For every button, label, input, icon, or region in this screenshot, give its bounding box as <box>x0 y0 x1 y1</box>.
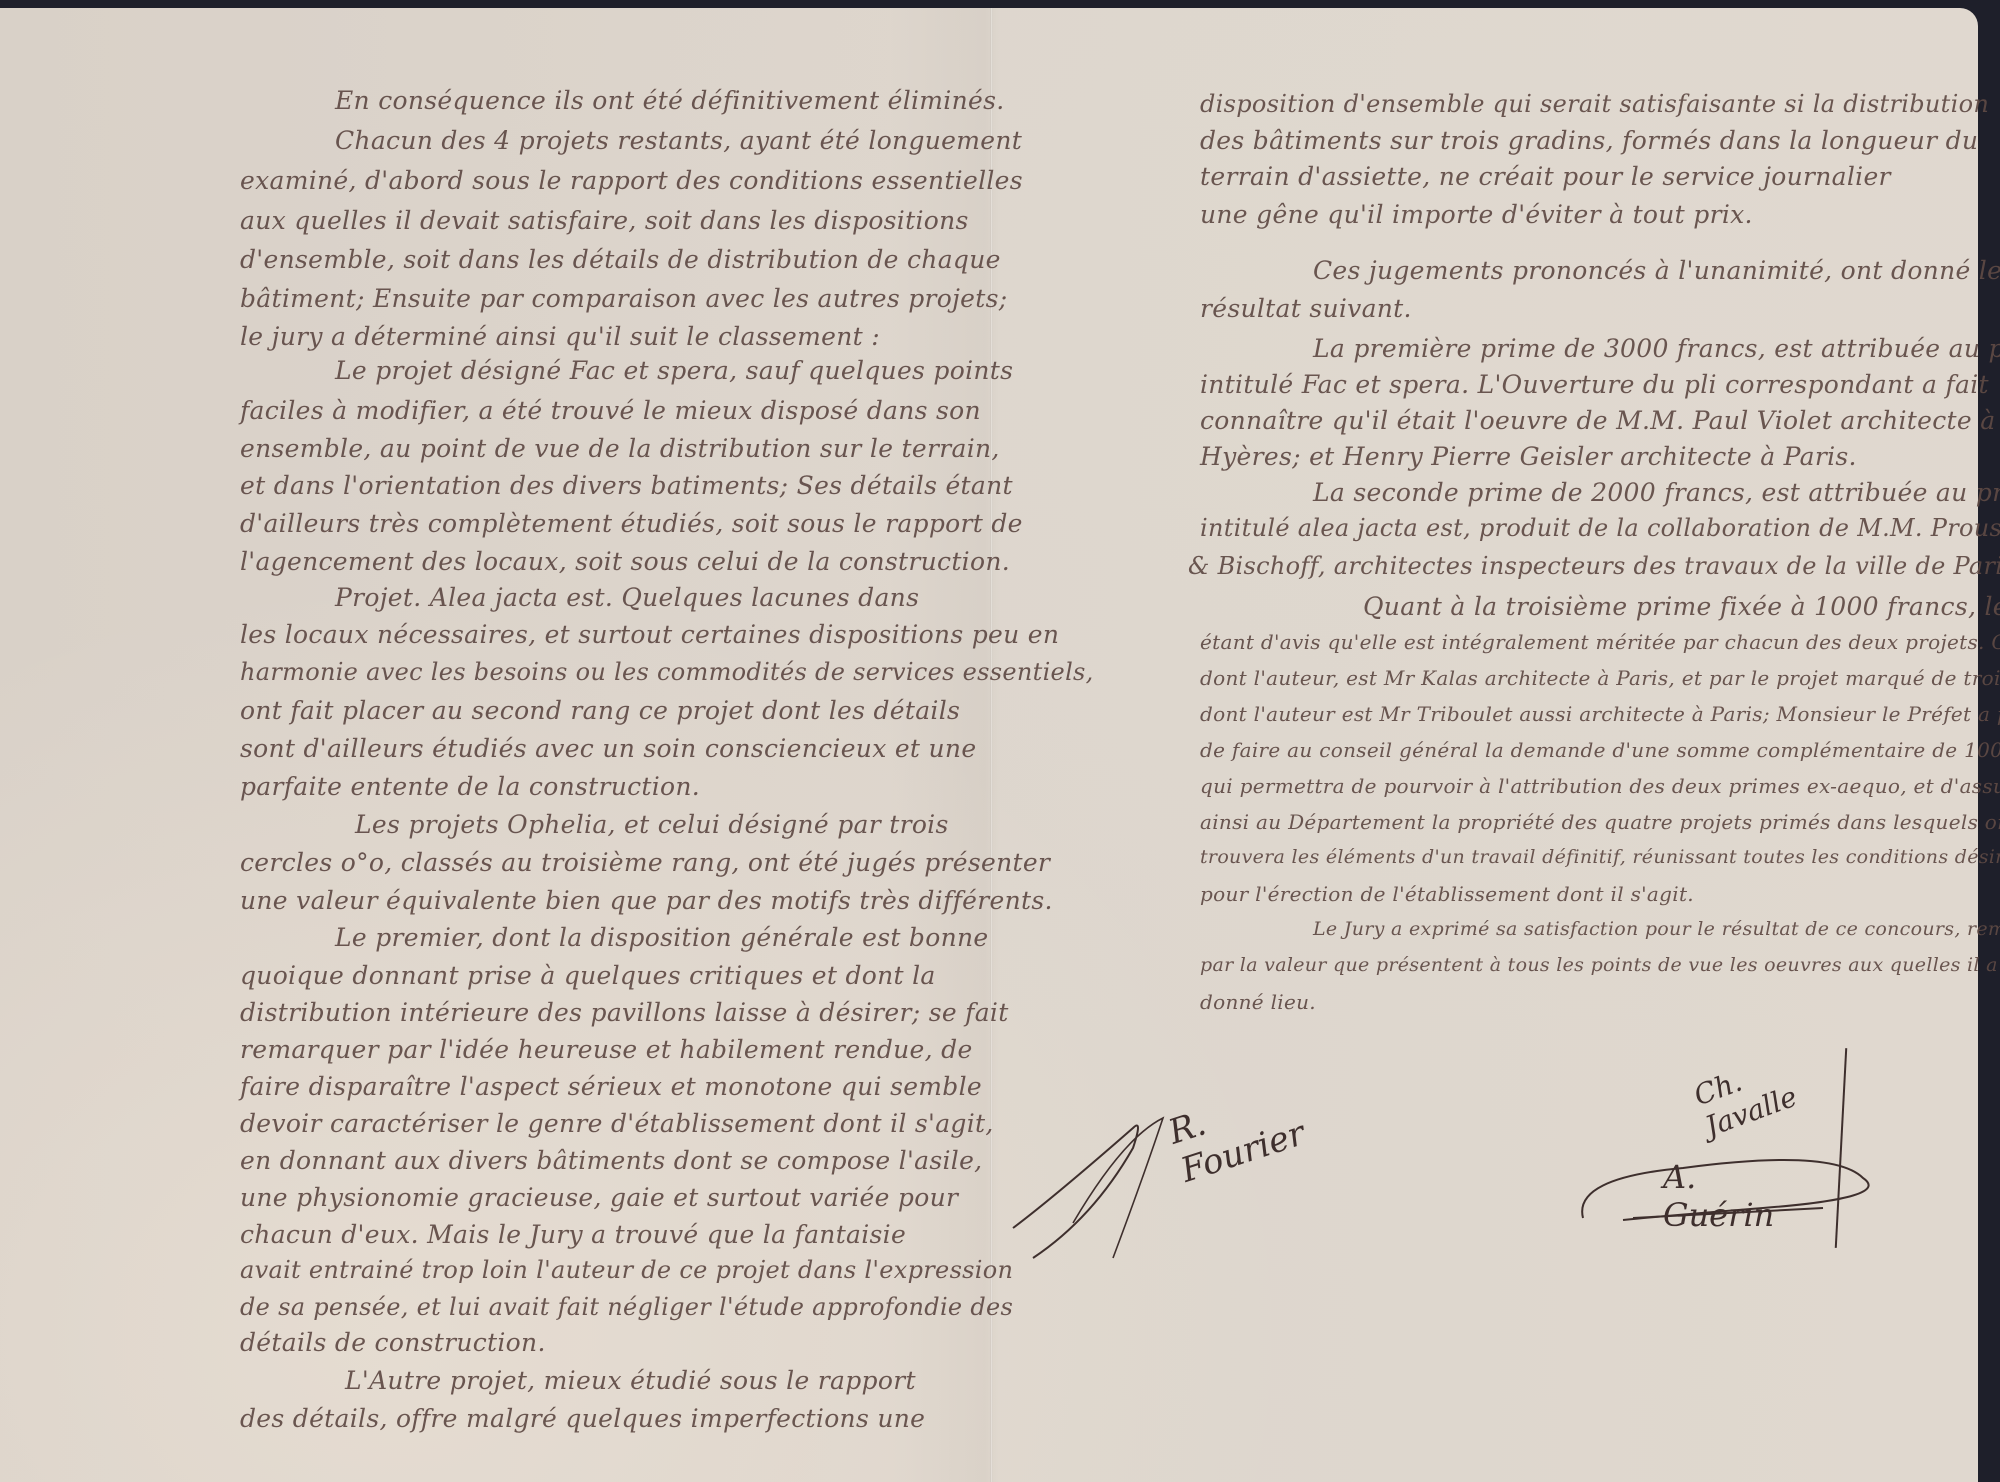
text-line: en donnant aux divers bâtiments dont se … <box>240 1146 982 1175</box>
text-line: Quant à la troisième prime fixée à 1000 … <box>1363 592 2000 621</box>
text-line: terrain d'assiette, ne créait pour le se… <box>1200 162 1891 191</box>
text-line: trouvera les éléments d'un travail défin… <box>1200 846 2000 868</box>
text-line: une physionomie gracieuse, gaie et surto… <box>240 1183 958 1212</box>
text-line: les locaux nécessaires, et surtout certa… <box>240 620 1059 649</box>
text-line: examiné, d'abord sous le rapport des con… <box>240 166 1023 195</box>
text-line: intitulé Fac et spera. L'Ouverture du pl… <box>1200 370 1989 399</box>
text-line: et dans l'orientation des divers batimen… <box>240 471 1013 500</box>
text-line: Ces jugements prononcés à l'unanimité, o… <box>1313 256 2000 285</box>
text-line: La première prime de 3000 francs, est at… <box>1313 334 2000 363</box>
text-line: distribution intérieure des pavillons la… <box>240 998 1009 1027</box>
text-line: intitulé alea jacta est, produit de la c… <box>1200 514 2000 542</box>
signature-text: A. Guérin <box>1663 1158 1774 1234</box>
text-line: chacun d'eux. Mais le Jury a trouvé que … <box>240 1220 906 1249</box>
text-line: parfaite entente de la construction. <box>240 772 700 801</box>
text-line: pour l'érection de l'établissement dont … <box>1200 882 1694 906</box>
text-line: Chacun des 4 projets restants, ayant été… <box>335 126 1022 155</box>
signature-text: Ch. Javalle <box>1690 1049 1802 1143</box>
text-line: de faire au conseil général la demande d… <box>1200 738 2000 762</box>
text-line: Le projet désigné Fac et spera, sauf que… <box>335 356 1013 385</box>
text-line: & Bischoff, architectes inspecteurs des … <box>1188 552 2000 580</box>
text-line: étant d'avis qu'elle est intégralement m… <box>1200 630 2000 654</box>
text-line: par la valeur que présentent à tous les … <box>1200 954 1998 976</box>
text-line: Les projets Ophelia, et celui désigné pa… <box>355 810 949 839</box>
text-line: dont l'auteur, est Mr Kalas architecte à… <box>1200 666 2000 690</box>
text-line: Hyères; et Henry Pierre Geisler architec… <box>1200 442 1857 471</box>
text-line: La seconde prime de 2000 francs, est att… <box>1313 478 2000 507</box>
text-line: avait entrainé trop loin l'auteur de ce … <box>240 1256 1013 1284</box>
manuscript-spread: En conséquence ils ont été définitivemen… <box>0 8 1978 1482</box>
text-line: disposition d'ensemble qui serait satisf… <box>1200 90 1989 118</box>
text-line: l'agencement des locaux, soit sous celui… <box>240 547 1010 576</box>
text-line: faciles à modifier, a été trouvé le mieu… <box>240 396 981 425</box>
text-line: aux quelles il devait satisfaire, soit d… <box>240 206 969 235</box>
text-line: quoique donnant prise à quelques critiqu… <box>240 961 936 990</box>
left-page: En conséquence ils ont été définitivemen… <box>0 8 990 1482</box>
text-line: de sa pensée, et lui avait fait négliger… <box>240 1293 1013 1321</box>
text-line: harmonie avec les besoins ou les commodi… <box>240 658 1094 686</box>
text-line: remarquer par l'idée heureuse et habilem… <box>240 1035 973 1064</box>
text-line: qui permettra de pourvoir à l'attributio… <box>1200 774 2000 798</box>
text-line: L'Autre projet, mieux étudié sous le rap… <box>345 1366 916 1395</box>
text-line: dont l'auteur est Mr Triboulet aussi arc… <box>1200 702 2000 726</box>
text-line: d'ailleurs très complètement étudiés, so… <box>240 509 1023 538</box>
text-line: devoir caractériser le genre d'établisse… <box>240 1109 994 1138</box>
text-line: d'ensemble, soit dans les détails de dis… <box>240 245 1001 274</box>
text-line: une valeur équivalente bien que par des … <box>240 886 1053 915</box>
text-line: une gêne qu'il importe d'éviter à tout p… <box>1200 200 1753 229</box>
text-line: ensemble, au point de vue de la distribu… <box>240 434 1000 463</box>
text-line: Le Jury a exprimé sa satisfaction pour l… <box>1313 918 2000 940</box>
text-line: bâtiment; Ensuite par comparaison avec l… <box>240 284 1007 313</box>
text-line: cercles o°o, classés au troisième rang, … <box>240 848 1050 877</box>
text-line: donné lieu. <box>1200 990 1316 1014</box>
text-line: connaître qu'il était l'oeuvre de M.M. P… <box>1200 406 1995 435</box>
text-line: Projet. Alea jacta est. Quelques lacunes… <box>335 583 919 612</box>
text-line: résultat suivant. <box>1200 294 1412 323</box>
text-line: ainsi au Département la propriété des qu… <box>1200 810 2000 834</box>
text-line: des détails, offre malgré quelques imper… <box>240 1404 925 1433</box>
right-page: disposition d'ensemble qui serait satisf… <box>993 8 1978 1482</box>
text-line: Le premier, dont la disposition générale… <box>335 923 989 952</box>
text-line: sont d'ailleurs étudiés avec un soin con… <box>240 734 976 763</box>
text-line: des bâtiments sur trois gradins, formés … <box>1200 126 1978 155</box>
text-line: faire disparaître l'aspect sérieux et mo… <box>240 1072 982 1101</box>
text-line: le jury a déterminé ainsi qu'il suit le … <box>240 322 880 351</box>
text-line: détails de construction. <box>240 1328 546 1357</box>
text-line: En conséquence ils ont été définitivemen… <box>335 86 1004 115</box>
text-line: ont fait placer au second rang ce projet… <box>240 696 960 725</box>
